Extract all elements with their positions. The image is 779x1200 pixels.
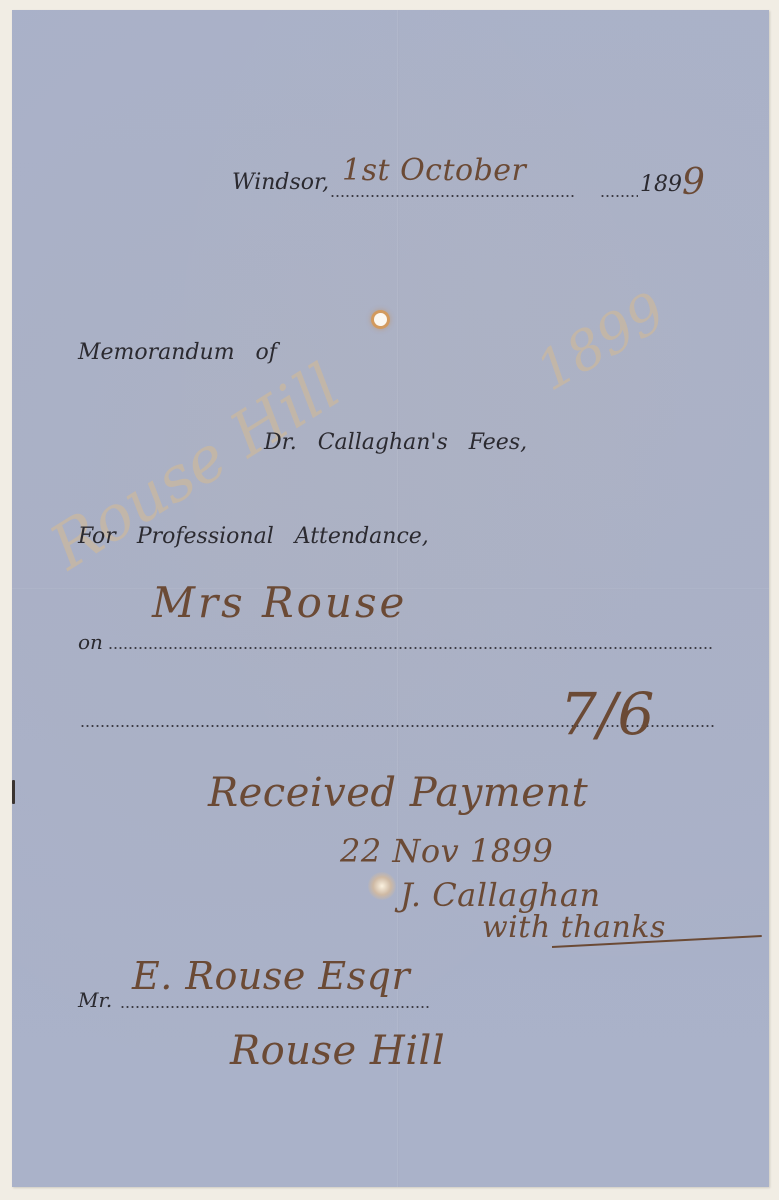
receipt-line-received-payment: Received Payment xyxy=(208,770,588,816)
year-handwritten-digit: 9 xyxy=(682,162,705,203)
edge-mark xyxy=(12,780,15,804)
patient-handwritten: Mrs Rouse xyxy=(152,578,407,627)
year-printed: 189 xyxy=(640,172,682,197)
document-sheet: Rouse Hill 1899 Windsor, 1st October 189… xyxy=(12,10,769,1187)
mr-label: Mr. xyxy=(78,988,112,1012)
on-label: on xyxy=(78,630,103,654)
date-handwritten: 1st October xyxy=(342,153,526,188)
amount-handwritten: 7/6 xyxy=(560,680,655,748)
place-label: Windsor, xyxy=(232,170,329,195)
receipt-line-date: 22 Nov 1899 xyxy=(340,832,553,870)
date-fill-line xyxy=(330,195,575,197)
pin-hole-stain xyxy=(368,872,396,900)
show-through-text: 1899 xyxy=(525,280,676,403)
attendance-label: For Professional Attendance, xyxy=(78,524,429,549)
date-fill-line-2 xyxy=(600,195,638,197)
patient-fill-line xyxy=(108,647,714,649)
addressee-name-handwritten: E. Rouse Esqr xyxy=(132,954,410,998)
memorandum-label: Memorandum of xyxy=(78,340,277,365)
doctor-fees-label: Dr. Callaghan's Fees, xyxy=(264,430,527,455)
addressee-fill-line xyxy=(120,1006,430,1008)
receipt-signature: J. Callaghan xyxy=(400,876,601,914)
addressee-address-handwritten: Rouse Hill xyxy=(230,1028,445,1074)
receipt-line-with-thanks: with thanks xyxy=(482,910,666,945)
pin-hole xyxy=(374,313,387,326)
